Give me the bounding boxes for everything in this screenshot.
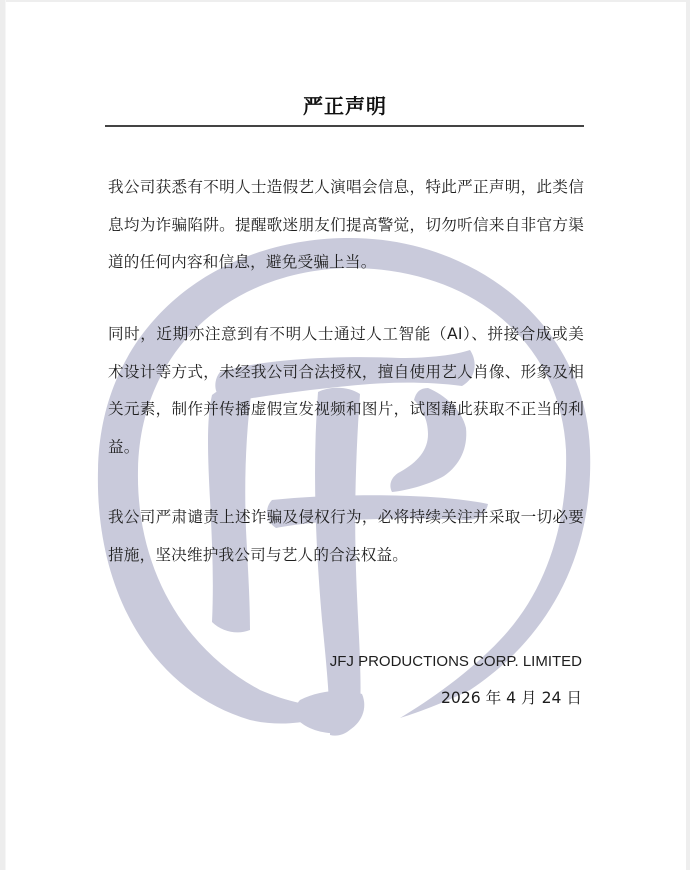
page-title: 严正声明 [0,92,690,120]
company-signature: JFJ PRODUCTIONS CORP. LIMITED [330,652,582,672]
statement-document: 严正声明 我公司获悉有不明人士造假艺人演唱会信息，特此严正声明，此类信息均为诈骗… [0,0,690,870]
statement-paragraph-3: 我公司严肃谴责上述诈骗及侵权行为，必将持续关注并采取一切必要措施，坚决维护我公司… [108,499,584,574]
title-divider [105,125,584,127]
statement-paragraph-1: 我公司获悉有不明人士造假艺人演唱会信息，特此严正声明，此类信息均为诈骗陷阱。提醒… [108,169,584,282]
statement-paragraph-2: 同时，近期亦注意到有不明人士通过人工智能（AI）、拼接合成或美术设计等方式，未经… [108,316,584,466]
statement-date: 2026 年 4 月 24 日 [441,688,582,708]
